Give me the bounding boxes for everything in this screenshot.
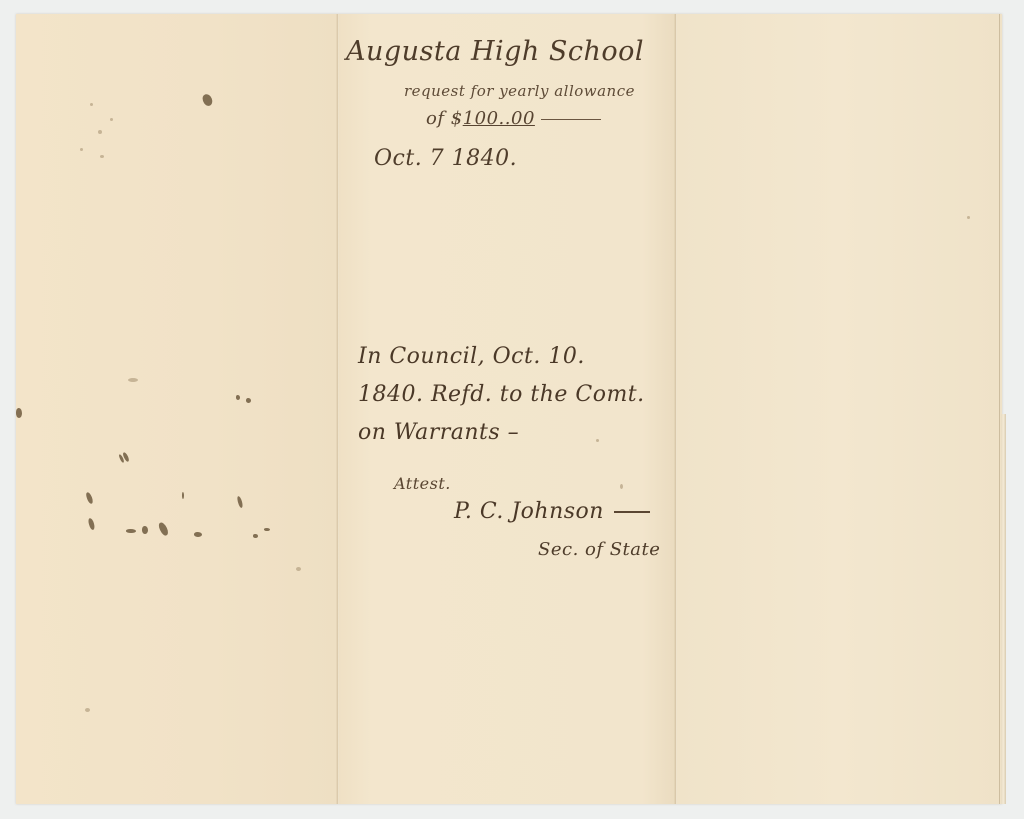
amount-line: of $100..00 bbox=[426, 108, 601, 129]
document-title: Augusta High School bbox=[346, 36, 644, 67]
paper-panel-right bbox=[676, 14, 1002, 804]
date-filed: Oct. 7 1840. bbox=[374, 146, 517, 171]
signatory-name: P. C. Johnson bbox=[454, 499, 604, 524]
document-subtitle: request for yearly allowance bbox=[404, 82, 635, 100]
paper-spot-icon bbox=[110, 118, 113, 121]
paper-spot-icon bbox=[296, 567, 301, 571]
signatory-title: Sec. of State bbox=[538, 539, 660, 560]
paper-spot-icon bbox=[85, 708, 90, 712]
paper-spot-icon bbox=[98, 130, 102, 134]
ink-stain-icon bbox=[182, 492, 184, 499]
ink-stain-icon bbox=[253, 534, 258, 538]
amount-prefix: of $ bbox=[426, 108, 463, 129]
paper-spot-icon bbox=[596, 439, 599, 442]
paper-edge bbox=[1001, 414, 1006, 804]
council-note-line-3: on Warrants – bbox=[358, 420, 519, 445]
paper-spot-icon bbox=[90, 103, 93, 106]
ink-stain-icon bbox=[194, 532, 202, 537]
paper-panel-left bbox=[16, 14, 338, 804]
paper-panel-middle bbox=[338, 14, 676, 804]
document-paper: Augusta High School request for yearly a… bbox=[16, 14, 1002, 804]
ink-stain-icon bbox=[264, 528, 270, 531]
paper-spot-icon bbox=[100, 155, 104, 158]
ink-stain-icon bbox=[236, 395, 240, 400]
paper-spot-icon bbox=[128, 378, 138, 382]
paper-spot-icon bbox=[80, 148, 83, 151]
flourish-dash-icon bbox=[541, 119, 601, 120]
fold-line-icon bbox=[336, 14, 339, 804]
council-note-line-2: 1840. Refd. to the Comt. bbox=[358, 382, 645, 407]
signature: P. C. Johnson bbox=[454, 499, 650, 524]
scan-stage: Augusta High School request for yearly a… bbox=[0, 0, 1024, 819]
ink-stain-icon bbox=[126, 529, 136, 533]
attest-label: Attest. bbox=[394, 474, 451, 493]
amount-value: 100..00 bbox=[463, 108, 535, 129]
paper-spot-icon bbox=[967, 216, 970, 219]
signature-dash-icon bbox=[614, 511, 650, 513]
council-note-line-1: In Council, Oct. 10. bbox=[358, 344, 585, 369]
paper-edge-line bbox=[999, 14, 1000, 804]
paper-spot-icon bbox=[620, 484, 623, 489]
ink-stain-icon bbox=[16, 408, 22, 418]
fold-line-icon bbox=[674, 14, 677, 804]
ink-stain-icon bbox=[246, 398, 251, 403]
ink-stain-icon bbox=[142, 526, 148, 534]
